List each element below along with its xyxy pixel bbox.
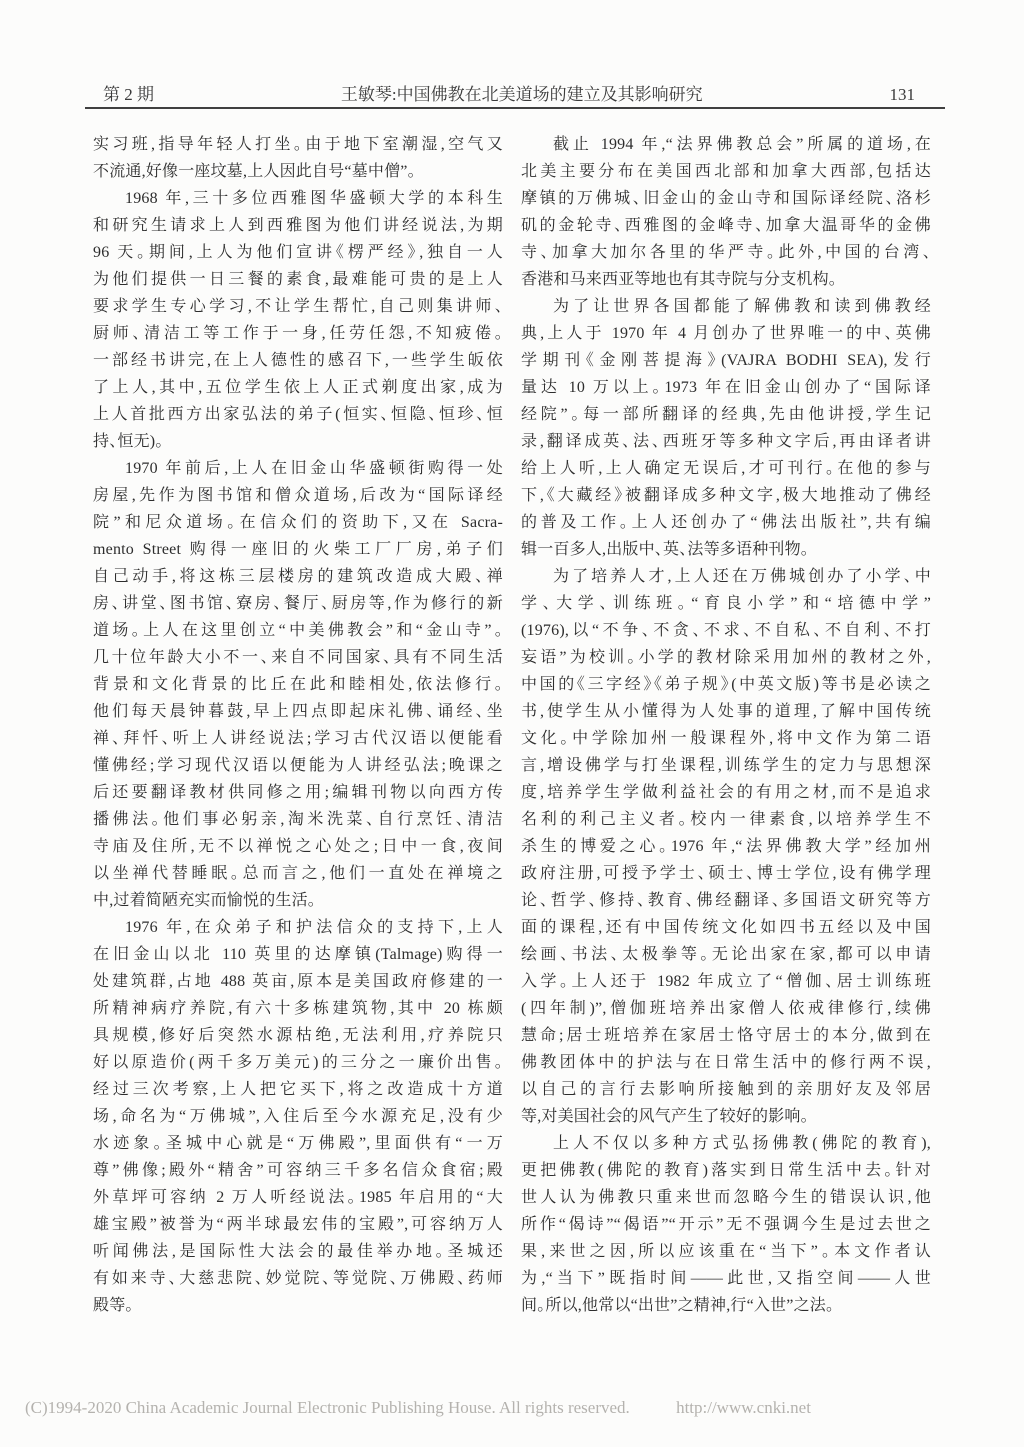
- text-line: 世人认为佛教只重来世而忽略今生的错误认识,他: [521, 1184, 931, 1211]
- text-line: 要求学生专心学习,不让学生帮忙,自己则集讲师、: [93, 293, 503, 320]
- header-rule: [85, 107, 945, 109]
- text-line: (四年制)”,僧伽班培养出家僧人依戒律修行,续佛: [521, 995, 931, 1022]
- text-line: 有如来寺、大慈悲院、妙觉院、等觉院、万佛殿、药师: [93, 1265, 503, 1292]
- text-line: 经院”。每一部所翻译的经典,先由他讲授,学生记: [521, 401, 931, 428]
- text-line: 绘画、书法、太极拳等。无论出家在家,都可以申请: [521, 941, 931, 968]
- text-line: 房、讲堂、图书馆、寮房、餐厅、厨房等,作为修行的新: [93, 590, 503, 617]
- text-line: 言,增设佛学与打坐课程,训练学生的定力与思想深: [521, 752, 931, 779]
- text-line: 外草坪可容纳 2 万人听经说法。1985 年启用的“大: [93, 1184, 503, 1211]
- text-line: 中,过着简陋充实而愉悦的生活。: [93, 887, 503, 914]
- page-number: 131: [889, 85, 915, 105]
- text-line: 后还要翻译教材供同修之用;编辑刊物以向西方传: [93, 779, 503, 806]
- text-line: 懂佛经;学习现代汉语以便能为人讲经弘法;晚课之: [93, 752, 503, 779]
- text-line: 书,使学生从小懂得为人处事的道理,了解中国传统: [521, 698, 931, 725]
- text-line: 所作“偈诗”“偈语”“开示”无不强调今生是过去世之: [521, 1211, 931, 1238]
- text-line: 水迹象。圣城中心就是“万佛殿”,里面供有“一万: [93, 1130, 503, 1157]
- text-line: 下,《大藏经》被翻译成多种文字,极大地推动了佛经: [521, 482, 931, 509]
- text-line: 学、大学、训练班。“育良小学”和“培德中学”: [521, 590, 931, 617]
- text-line: 和研究生请求上人到西雅图为他们讲经说法,为期: [93, 212, 503, 239]
- right-column: 截止 1994 年,“法界佛教总会”所属的道场,在北美主要分布在美国西北部和加拿…: [521, 131, 931, 1319]
- left-column: 实习班,指导年轻人打坐。由于地下室潮湿,空气又不流通,好像一座坟墓,上人因此自号…: [93, 131, 503, 1319]
- text-line: 1968 年,三十多位西雅图华盛顿大学的本科生: [93, 185, 503, 212]
- text-line: 具规模,修好后突然水源枯绝,无法利用,疗养院只: [93, 1022, 503, 1049]
- text-line: 摩镇的万佛城、旧金山的金山寺和国际译经院、洛杉: [521, 185, 931, 212]
- text-line: 几十位年龄大小不一、来自不同国家、具有不同生活: [93, 644, 503, 671]
- text-line: 1976 年,在众弟子和护法信众的支持下,上人: [93, 914, 503, 941]
- text-line: 学期刊《金刚菩提海》(VAJRA BODHI SEA),发行: [521, 347, 931, 374]
- text-line: 给上人听,上人确定无误后,才可刊行。在他的参与: [521, 455, 931, 482]
- text-line: 矶的金轮寺、西雅图的金峰寺、加拿大温哥华的金佛: [521, 212, 931, 239]
- text-line: 量达 10 万以上。1973 年在旧金山创办了“国际译: [521, 374, 931, 401]
- text-line: 背景和文化背景的比丘在此和睦相处,依法修行。: [93, 671, 503, 698]
- running-title: 王敏琴:中国佛教在北美道场的建立及其影响研究: [341, 80, 703, 105]
- text-line: 场,命名为“万佛城”,入住后至今水源充足,没有少: [93, 1103, 503, 1130]
- text-line: 寺庙及住所,无不以禅悦之心处之;日中一食,夜间: [93, 833, 503, 860]
- text-line: 播佛法。他们事必躬亲,淘米洗菜、自行烹饪、清洁: [93, 806, 503, 833]
- text-line: 殿等。: [93, 1292, 503, 1319]
- text-line: 道场。上人在这里创立“中美佛教会”和“金山寺”。: [93, 617, 503, 644]
- text-line: 经过三次考察,上人把它买下,将之改造成十方道: [93, 1076, 503, 1103]
- text-line: 以坐禅代替睡眠。总而言之,他们一直处在禅境之: [93, 860, 503, 887]
- text-line: 96 天。期间,上人为他们宣讲《楞严经》,独自一人: [93, 239, 503, 266]
- text-line: 院”和尼众道场。在信众们的资助下,又在 Sacra-: [93, 509, 503, 536]
- text-line: (1976),以“不争、不贪、不求、不自私、不自利、不打: [521, 617, 931, 644]
- text-line: 为,“当下”既指时间——此世,又指空间——人世: [521, 1265, 931, 1292]
- text-line: 更把佛教(佛陀的教育)落实到日常生活中去。针对: [521, 1157, 931, 1184]
- text-line: 在旧金山以北 110 英里的达摩镇(Talmage)购得一: [93, 941, 503, 968]
- text-line: 处建筑群,占地 488 英亩,原本是美国政府修建的一: [93, 968, 503, 995]
- text-line: 上人首批西方出家弘法的弟子(恒实、恒隐、恒珍、恒: [93, 401, 503, 428]
- text-line: 以自己的言行去影响所接触到的亲朋好友及邻居: [521, 1076, 931, 1103]
- text-line: 寺、加拿大加尔各里的华严寺。此外,中国的台湾、: [521, 239, 931, 266]
- text-line: 为他们提供一日三餐的素食,最难能可贵的是上人: [93, 266, 503, 293]
- text-line: 面的课程,还有中国传统文化如四书五经以及中国: [521, 914, 931, 941]
- text-line: 中国的《三字经》《弟子规》(中英文版)等书是必读之: [521, 671, 931, 698]
- text-line: 截止 1994 年,“法界佛教总会”所属的道场,在: [521, 131, 931, 158]
- text-line: 果,来世之因,所以应该重在“当下”。本文作者认: [521, 1238, 931, 1265]
- text-line: 辑一百多人,出版中、英、法等多语种刊物。: [521, 536, 931, 563]
- text-line: 香港和马来西亚等地也有其寺院与分支机构。: [521, 266, 931, 293]
- text-line: 尊”佛像;殿外“精舍”可容纳三千多名信众食宿;殿: [93, 1157, 503, 1184]
- text-line: 度,培养学生学做利益社会的有用之材,而不是追求: [521, 779, 931, 806]
- text-line: 禅、拜忏、听上人讲经说法;学习古代汉语以便能看: [93, 725, 503, 752]
- article-body: 实习班,指导年轻人打坐。由于地下室潮湿,空气又不流通,好像一座坟墓,上人因此自号…: [93, 131, 931, 1319]
- text-line: 等,对美国社会的风气产生了较好的影响。: [521, 1103, 931, 1130]
- text-line: 政府注册,可授予学士、硕士、博士学位,设有佛学理: [521, 860, 931, 887]
- copyright-text: (C)1994-2020 China Academic Journal Elec…: [25, 1398, 630, 1417]
- page-header: 第 2 期 王敏琴:中国佛教在北美道场的建立及其影响研究 131: [85, 80, 945, 105]
- text-line: 名利的利己主义者。校内一律素食,以培养学生不: [521, 806, 931, 833]
- text-line: 文化。中学除加州一般课程外,将中文作为第二语: [521, 725, 931, 752]
- text-line: 上人不仅以多种方式弘扬佛教(佛陀的教育),: [521, 1130, 931, 1157]
- text-line: 房屋,先作为图书馆和僧众道场,后改为“国际译经: [93, 482, 503, 509]
- text-line: 佛教团体中的护法与在日常生活中的修行两不误,: [521, 1049, 931, 1076]
- text-line: 为了让世界各国都能了解佛教和读到佛教经: [521, 293, 931, 320]
- text-line: 不流通,好像一座坟墓,上人因此自号“墓中僧”。: [93, 158, 503, 185]
- text-line: 录,翻译成英、法、西班牙等多种文字后,再由译者讲: [521, 428, 931, 455]
- text-line: 好以原造价(两千多万美元)的三分之一廉价出售。: [93, 1049, 503, 1076]
- text-line: 厨师、清洁工等工作于一身,任劳任怨,不知疲倦。: [93, 320, 503, 347]
- text-line: 持、恒无)。: [93, 428, 503, 455]
- text-line: 所精神病疗养院,有六十多栋建筑物,其中 20 栋颇: [93, 995, 503, 1022]
- text-line: 了上人,其中,五位学生依上人正式剃度出家,成为: [93, 374, 503, 401]
- text-line: 一部经书讲完,在上人德性的感召下,一些学生皈依: [93, 347, 503, 374]
- text-line: 论、哲学、修持、教育、佛经翻译、多国语文研究等方: [521, 887, 931, 914]
- text-line: 的普及工作。上人还创办了“佛法出版社”,共有编: [521, 509, 931, 536]
- text-line: 慧命;居士班培养在家居士恪守居士的本分,做到在: [521, 1022, 931, 1049]
- text-line: 入学。上人还于 1982 年成立了“僧伽、居士训练班: [521, 968, 931, 995]
- text-line: 听闻佛法,是国际性大法会的最佳举办地。圣城还: [93, 1238, 503, 1265]
- text-line: mento Street 购得一座旧的火柴工厂厂房,弟子们: [93, 536, 503, 563]
- text-line: 杀生的博爱之心。1976 年,“法界佛教大学”经加州: [521, 833, 931, 860]
- text-line: 实习班,指导年轻人打坐。由于地下室潮湿,空气又: [93, 131, 503, 158]
- page-footer: (C)1994-2020 China Academic Journal Elec…: [25, 1398, 1005, 1418]
- footer-url: http://www.cnki.net: [676, 1398, 811, 1417]
- text-line: 自己动手,将这栋三层楼房的建筑改造成大殿、禅: [93, 563, 503, 590]
- text-line: 1970 年前后,上人在旧金山华盛顿街购得一处: [93, 455, 503, 482]
- journal-page: 第 2 期 王敏琴:中国佛教在北美道场的建立及其影响研究 131 实习班,指导年…: [0, 0, 1024, 1447]
- text-line: 为了培养人才,上人还在万佛城创办了小学、中: [521, 563, 931, 590]
- text-line: 他们每天晨钟暮鼓,早上四点即起床礼佛、诵经、坐: [93, 698, 503, 725]
- text-line: 雄宝殿”被誉为“两半球最宏伟的宝殿”,可容纳万人: [93, 1211, 503, 1238]
- text-line: 间。所以,他常以“出世”之精神,行“入世”之法。: [521, 1292, 931, 1319]
- text-line: 典,上人于 1970 年 4 月创办了世界唯一的中、英佛: [521, 320, 931, 347]
- text-line: 妄语”为校训。小学的教材除采用加州的教材之外,: [521, 644, 931, 671]
- issue-label: 第 2 期: [103, 80, 154, 105]
- text-line: 北美主要分布在美国西北部和加拿大西部,包括达: [521, 158, 931, 185]
